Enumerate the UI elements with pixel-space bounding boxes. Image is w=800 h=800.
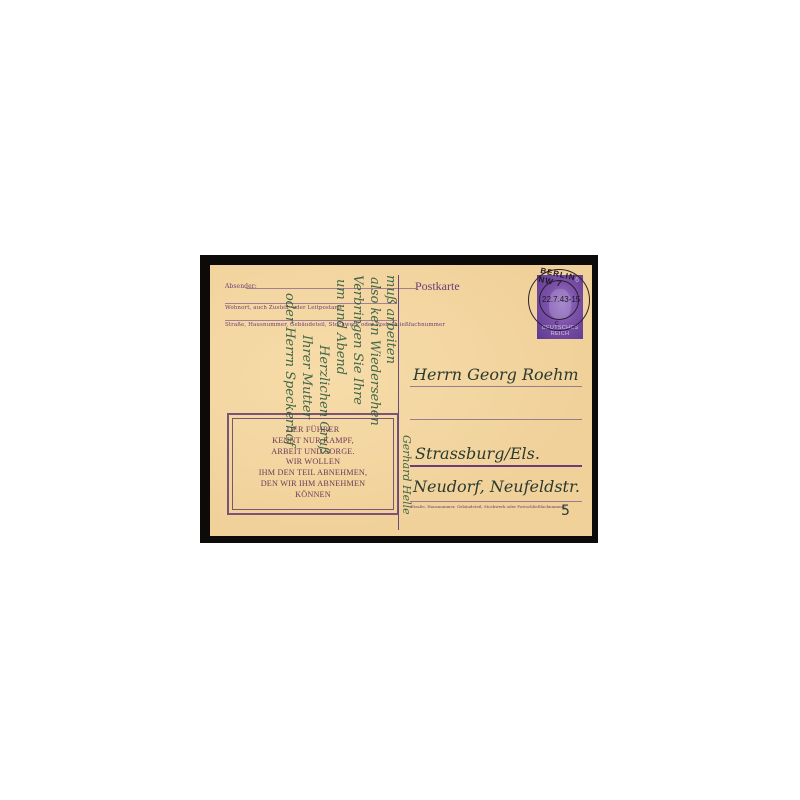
postmark: BERLIN NW 7 22.7.43-15 c	[528, 269, 590, 331]
recipient-name-line	[410, 386, 582, 387]
handwritten-message-line: Herzlichen Gruß	[316, 345, 331, 455]
slogan-line: KENNT NUR KAMPF,	[229, 436, 397, 447]
slogan-box: DER FÜHRER KENNT NUR KAMPF, ARBEIT UND S…	[227, 413, 399, 515]
handwritten-message-line: Ihrer Mutter	[299, 335, 314, 419]
postmark-letter: c	[555, 320, 559, 327]
slogan-line: DER FÜHRER	[229, 425, 397, 436]
slogan-text: DER FÜHRER KENNT NUR KAMPF, ARBEIT UND S…	[229, 425, 397, 501]
address-line-blank	[410, 419, 582, 420]
recipient-street: Neudorf, Neufeldstr.	[413, 477, 580, 496]
handwritten-message-line: muß arbeiten	[383, 275, 398, 364]
recipient-street-line	[410, 501, 582, 502]
recipient-house-number: 5	[561, 503, 570, 519]
handwritten-message-line: Verbringen Sie Ihre	[350, 275, 365, 405]
vertical-divider	[398, 275, 399, 530]
postmark-date: 22.7.43-15	[542, 295, 580, 304]
postcard: Absender: Wohnort, auch Zustell- oder Le…	[210, 265, 592, 536]
slogan-line: KÖNNEN	[229, 490, 397, 501]
handwritten-message-line: Gerhard Helle	[400, 435, 413, 515]
recipient-street-caption: Straße, Hausnummer, Gebäudeteil, Stockwe…	[411, 504, 566, 509]
slogan-line: IHM DEN TEIL ABNEHMEN,	[229, 468, 397, 479]
handwritten-message-line: oder Herrn Speckerhof	[282, 293, 297, 446]
handwritten-message-line: um und Abend	[333, 279, 348, 375]
recipient-name: Herrn Georg Roehm	[413, 365, 579, 384]
postcard-title: Postkarte	[415, 279, 460, 294]
handwritten-message-line: also kein Wiedersehen	[367, 277, 382, 426]
recipient-city: Strassburg/Els.	[415, 444, 540, 463]
slogan-line: ARBEIT UND SORGE.	[229, 447, 397, 458]
slogan-line: WIR WOLLEN	[229, 457, 397, 468]
recipient-city-line	[410, 465, 582, 467]
slogan-line: DEN WIR IHM ABNEHMEN	[229, 479, 397, 490]
